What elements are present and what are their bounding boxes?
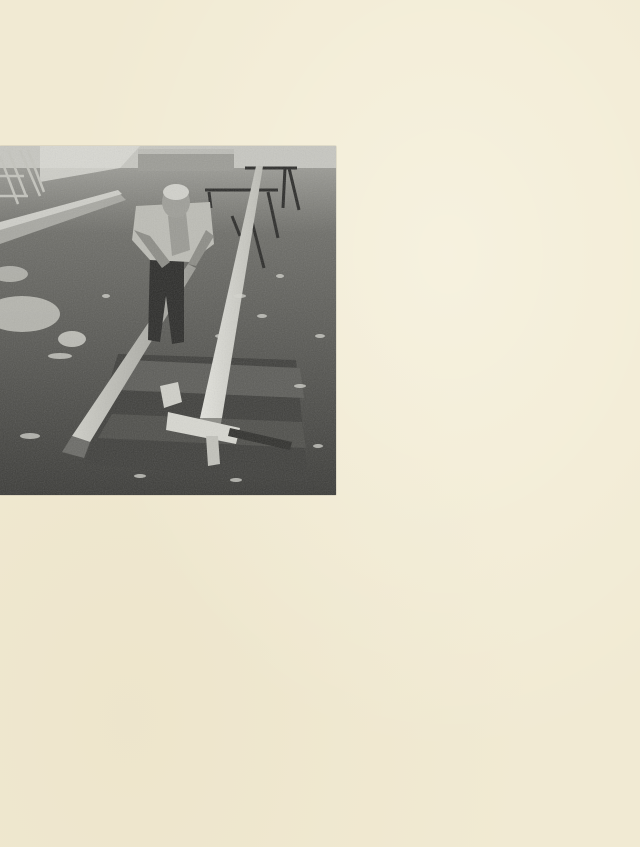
photo-drawing xyxy=(0,146,336,495)
photograph xyxy=(0,146,336,495)
